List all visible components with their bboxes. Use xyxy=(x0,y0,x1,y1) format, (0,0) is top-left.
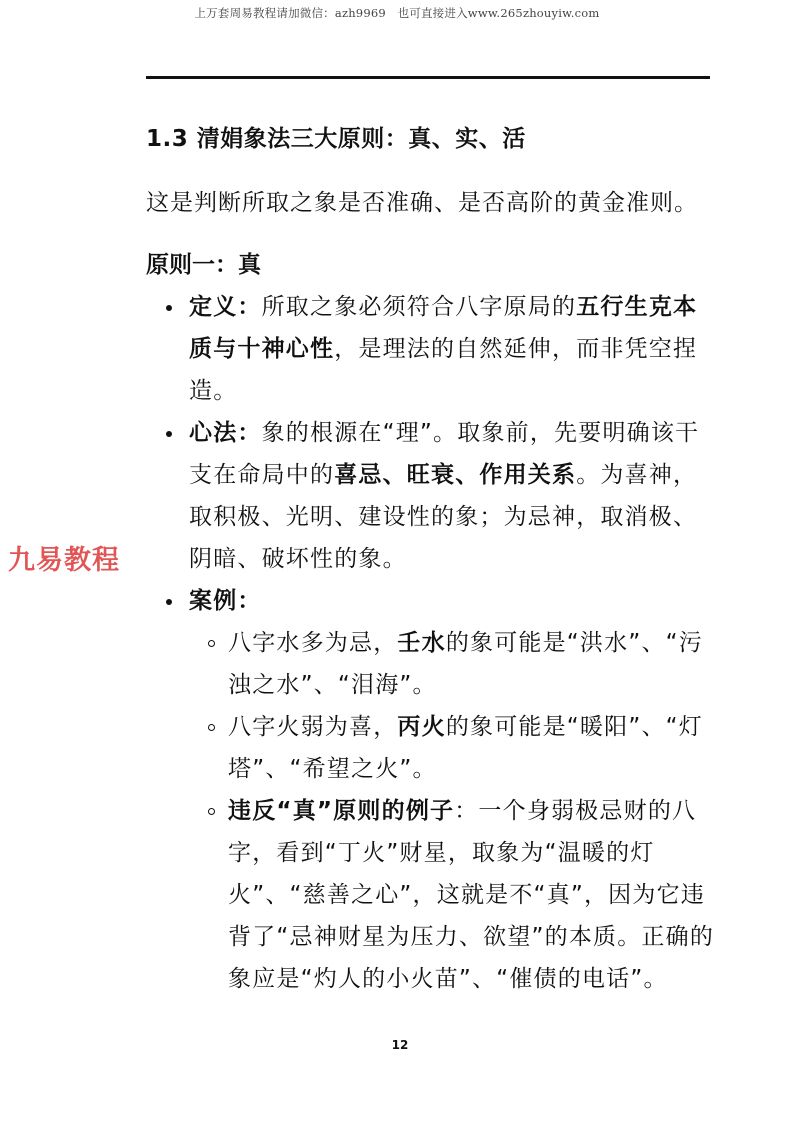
bullet-method: 心法：象的根源在“理”。取象前，先要明确该干支在命局中的喜忌、旺衰、作用关系。为… xyxy=(160,412,720,580)
cases-label: 案例： xyxy=(189,588,262,614)
case-bold: 壬水 xyxy=(397,630,445,656)
violation-label: 违反“真”原则的例子 xyxy=(228,798,454,824)
bullet-dot-icon xyxy=(166,599,172,605)
bullet-cases: 案例： xyxy=(160,580,720,622)
circle-bullet-icon xyxy=(208,640,215,647)
method-bold: 喜忌、旺衰、作用关系 xyxy=(334,462,576,488)
method-label: 心法： xyxy=(189,420,262,446)
intro-paragraph: 这是判断所取之象是否准确、是否高阶的黄金准则。 xyxy=(146,184,698,217)
cases-list: 八字水多为忌，壬水的象可能是“洪水”、“污浊之水”、“泪海”。 八字火弱为喜，丙… xyxy=(202,622,720,1000)
definition-text: 所取之象必须符合八字原局的 xyxy=(262,294,577,320)
bullet-definition: 定义：所取之象必须符合八字原局的五行生克本质与十神心性，是理法的自然延伸，而非凭… xyxy=(160,286,720,412)
principle-title: 原则一：真 xyxy=(146,246,261,279)
case-text: 八字火弱为喜， xyxy=(228,714,397,740)
section-heading: 1.3 清娟象法三大原则：真、实、活 xyxy=(146,120,526,153)
page-number: 12 xyxy=(0,1038,794,1052)
case-item: 八字火弱为喜，丙火的象可能是“暖阳”、“灯塔”、“希望之火”。 xyxy=(202,706,720,790)
principle-content: 定义：所取之象必须符合八字原局的五行生克本质与十神心性，是理法的自然延伸，而非凭… xyxy=(160,286,720,1000)
definition-label: 定义： xyxy=(189,294,262,320)
circle-bullet-icon xyxy=(208,808,215,815)
circle-bullet-icon xyxy=(208,724,215,731)
side-watermark: 九易教程 xyxy=(8,538,120,577)
case-bold: 丙火 xyxy=(397,714,445,740)
header-watermark: 上万套周易教程请加微信：azh9969 也可直接进入www.265zhouyiw… xyxy=(0,5,794,21)
case-item-violation: 违反“真”原则的例子：一个身弱极忌财的八字，看到“丁火”财星，取象为“温暖的灯火… xyxy=(202,790,720,1000)
case-text: 八字水多为忌， xyxy=(228,630,397,656)
header-rule xyxy=(146,76,710,79)
violation-text: ：一个身弱极忌财的八字，看到“丁火”财星，取象为“温暖的灯火”、“慈善之心”，这… xyxy=(228,798,714,992)
bullet-dot-icon xyxy=(166,305,172,311)
bullet-dot-icon xyxy=(166,431,172,437)
case-item: 八字水多为忌，壬水的象可能是“洪水”、“污浊之水”、“泪海”。 xyxy=(202,622,720,706)
